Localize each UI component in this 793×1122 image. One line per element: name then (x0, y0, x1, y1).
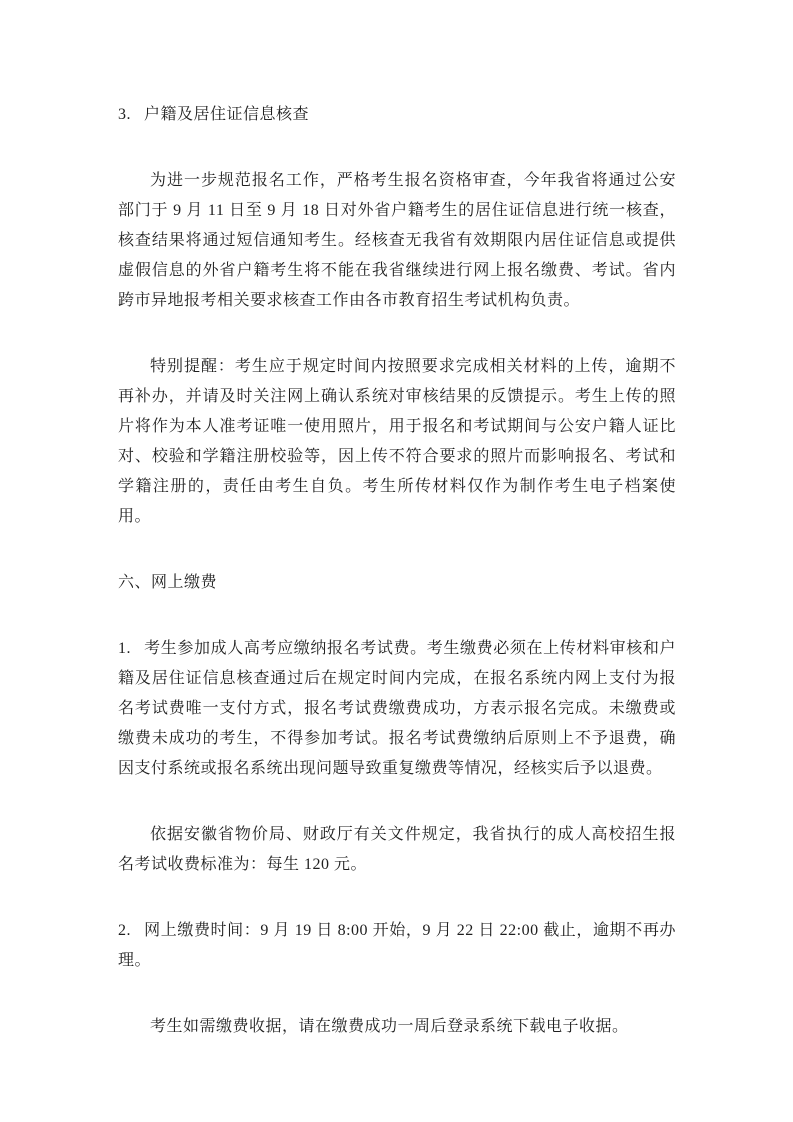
list-item-payment-rule: 1.考生参加成人高考应缴纳报名考试费。考生缴费必须在上传材料审核和户籍及居住证信… (118, 634, 676, 784)
subsection-number: 3. (118, 106, 131, 123)
paragraph-residence-check: 为进一步规范报名工作，严格考生报名资格审查，今年我省将通过公安部门于 9 月 1… (118, 166, 676, 316)
subsection-title: 户籍及居住证信息核查 (144, 106, 309, 123)
paragraph-fee-standard: 依据安徽省物价局、财政厅有关文件规定，我省执行的成人高校招生报名考试收费标准为：… (118, 820, 676, 880)
list-item-number: 2. (118, 922, 131, 939)
paragraph-special-reminder: 特别提醒：考生应于规定时间内按照要求完成相关材料的上传，逾期不再补办，并请及时关… (118, 352, 676, 532)
list-item-text: 考生参加成人高考应缴纳报名考试费。考生缴费必须在上传材料审核和户籍及居住证信息核… (118, 640, 676, 777)
paragraph-receipt: 考生如需缴费收据，请在缴费成功一周后登录系统下载电子收据。 (118, 1012, 676, 1042)
list-item-number: 1. (118, 640, 131, 657)
list-item-text: 网上缴费时间：9 月 19 日 8:00 开始，9 月 22 日 22:00 截… (118, 922, 676, 969)
list-item-payment-time: 2.网上缴费时间：9 月 19 日 8:00 开始，9 月 22 日 22:00… (118, 916, 676, 976)
document-page: 3.户籍及居住证信息核查 为进一步规范报名工作，严格考生报名资格审查，今年我省将… (0, 0, 793, 1122)
document-content: 3.户籍及居住证信息核查 为进一步规范报名工作，严格考生报名资格审查，今年我省将… (118, 100, 676, 1042)
section-heading-online-payment: 六、网上缴费 (118, 568, 676, 598)
subsection-heading: 3.户籍及居住证信息核查 (118, 100, 676, 130)
